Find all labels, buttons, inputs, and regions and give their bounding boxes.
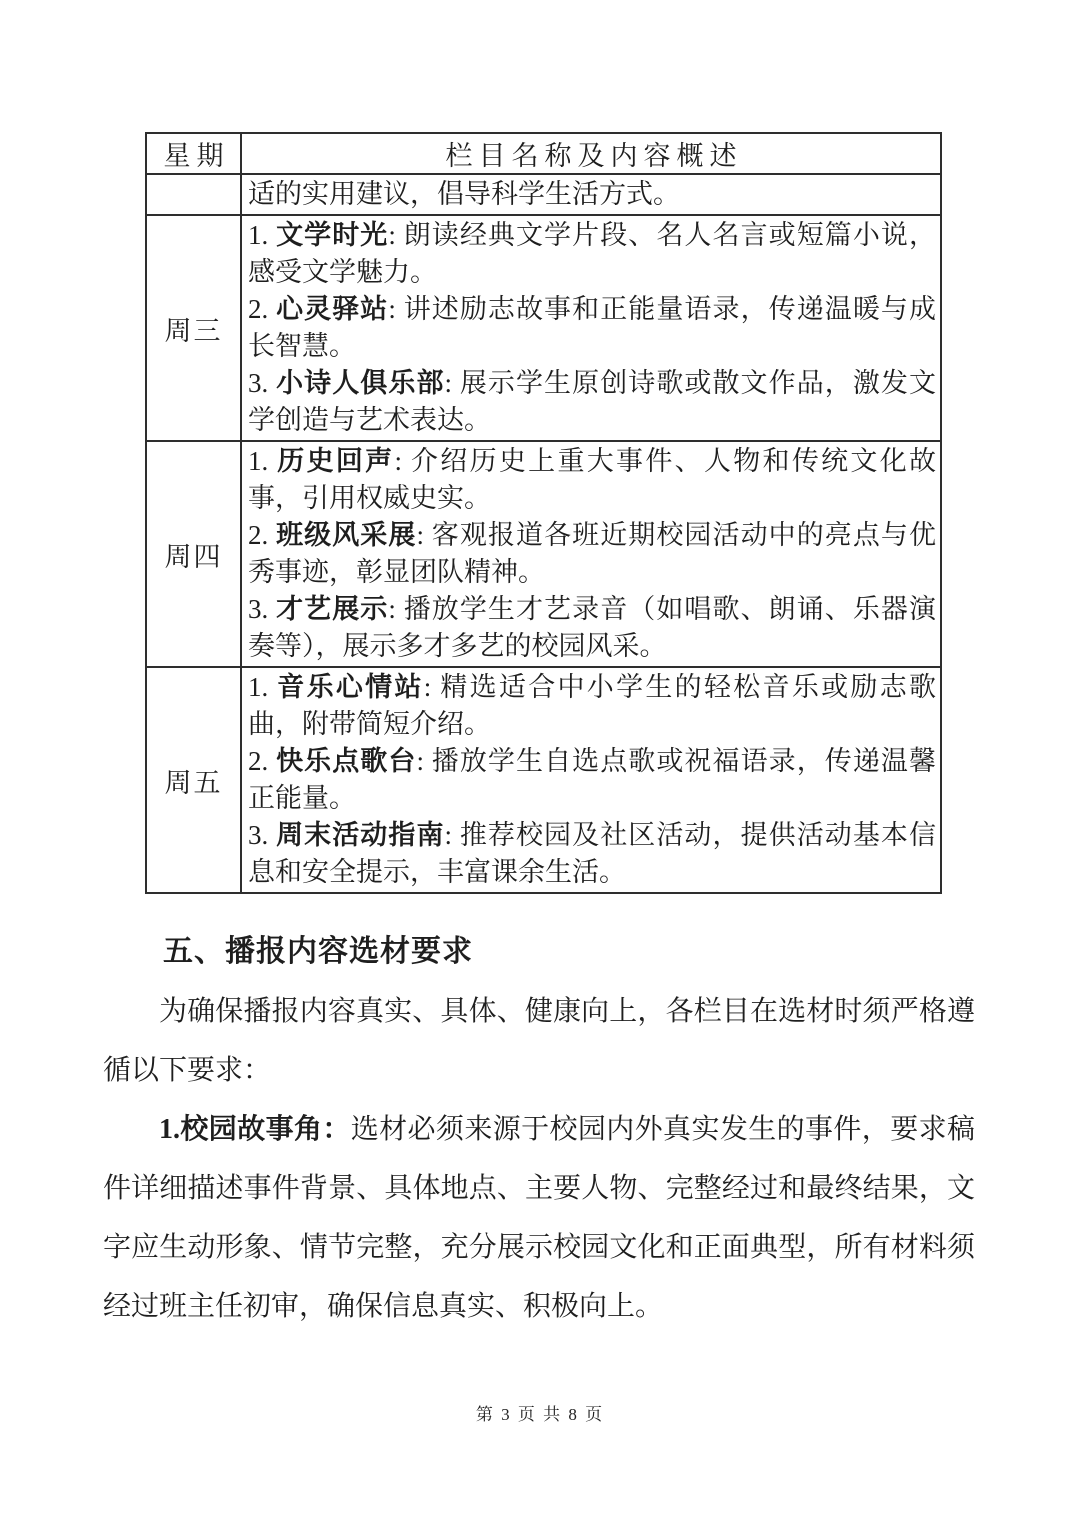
segment-text: 1.: [248, 672, 277, 702]
segment-title: 班级风采展: [276, 520, 416, 550]
schedule-item: 1. 历史回声: 介绍历史上重大事件、人物和传统文化故事，引用权威史实。: [248, 443, 936, 517]
schedule-item: 1. 音乐心情站: 精选适合中小学生的轻松音乐或励志歌曲，附带简短介绍。: [248, 669, 936, 743]
segment-title: 历史回声: [277, 446, 394, 476]
schedule-item: 2. 心灵驿站: 讲述励志故事和正能量语录，传递温暖与成长智慧。: [248, 291, 936, 365]
paragraph-intro: 为确保播报内容真实、具体、健康向上，各栏目在选材时须严格遵循以下要求：: [103, 982, 975, 1100]
segment-text: 2.: [248, 746, 276, 776]
segment-title: 心灵驿站: [276, 294, 388, 324]
segment-text: 1.: [248, 446, 277, 476]
schedule-item: 3. 小诗人俱乐部: 展示学生原创诗歌或散文作品，激发文学创造与艺术表达。: [248, 365, 936, 439]
day-cell: [146, 174, 241, 215]
paragraph-rule-1-text: 选材必须来源于校园内外真实发生的事件，要求稿件详细描述事件背景、具体地点、主要人…: [103, 1114, 975, 1322]
paragraph-rule-1-lead: 1.校园故事角：: [159, 1114, 351, 1145]
page-number: 第 3 页 共 8 页: [0, 1400, 1080, 1425]
table-row: 适的实用建议，倡导科学生活方式。: [146, 174, 941, 215]
segment-text: 1.: [248, 220, 276, 250]
schedule-item: 2. 快乐点歌台: 播放学生自选点歌或祝福语录，传递温馨正能量。: [248, 743, 936, 817]
segment-title: 小诗人俱乐部: [276, 368, 444, 398]
table-row: 周三1. 文学时光: 朗读经典文学片段、名人名言或短篇小说，感受文学魅力。2. …: [146, 215, 941, 441]
paragraph-intro-text: 为确保播报内容真实、具体、健康向上，各栏目在选材时须严格遵循以下要求：: [103, 996, 975, 1086]
segment-title: 文学时光: [276, 220, 388, 250]
table-header-day: 星期: [146, 133, 241, 174]
segment-text: 3.: [248, 820, 276, 850]
day-cell: 周五: [146, 667, 241, 893]
schedule-item: 3. 周末活动指南: 推荐校园及社区活动，提供活动基本信息和安全提示，丰富课余生…: [248, 817, 936, 891]
content-cell: 1. 音乐心情站: 精选适合中小学生的轻松音乐或励志歌曲，附带简短介绍。2. 快…: [241, 667, 941, 893]
day-cell: 周三: [146, 215, 241, 441]
segment-text: 2.: [248, 294, 276, 324]
segment-title: 才艺展示: [276, 594, 388, 624]
schedule-item: 3. 才艺展示: 播放学生才艺录音（如唱歌、朗诵、乐器演奏等），展示多才多艺的校…: [248, 591, 936, 665]
segment-text: 3.: [248, 594, 276, 624]
content-cell: 1. 文学时光: 朗读经典文学片段、名人名言或短篇小说，感受文学魅力。2. 心灵…: [241, 215, 941, 441]
segment-text: 3.: [248, 368, 276, 398]
table-header-content: 栏目名称及内容概述: [241, 133, 941, 174]
segment-text: 2.: [248, 520, 276, 550]
table-row: 周五1. 音乐心情站: 精选适合中小学生的轻松音乐或励志歌曲，附带简短介绍。2.…: [146, 667, 941, 893]
table-header-row: 星期 栏目名称及内容概述: [146, 133, 941, 174]
document-content: 星期 栏目名称及内容概述 适的实用建议，倡导科学生活方式。周三1. 文学时光: …: [103, 132, 975, 1336]
content-cell: 1. 历史回声: 介绍历史上重大事件、人物和传统文化故事，引用权威史实。2. 班…: [241, 441, 941, 667]
segment-title: 音乐心情站: [277, 672, 423, 702]
table-row: 周四1. 历史回声: 介绍历史上重大事件、人物和传统文化故事，引用权威史实。2.…: [146, 441, 941, 667]
schedule-item: 适的实用建议，倡导科学生活方式。: [248, 176, 936, 213]
schedule-item: 1. 文学时光: 朗读经典文学片段、名人名言或短篇小说，感受文学魅力。: [248, 217, 936, 291]
paragraph-rule-1: 1.校园故事角：选材必须来源于校园内外真实发生的事件，要求稿件详细描述事件背景、…: [103, 1100, 975, 1336]
document-page: 星期 栏目名称及内容概述 适的实用建议，倡导科学生活方式。周三1. 文学时光: …: [0, 0, 1080, 1528]
section-heading: 五、播报内容选材要求: [103, 934, 975, 970]
content-cell: 适的实用建议，倡导科学生活方式。: [241, 174, 941, 215]
segment-title: 快乐点歌台: [276, 746, 416, 776]
segment-title: 周末活动指南: [276, 820, 444, 850]
broadcast-schedule-table: 星期 栏目名称及内容概述 适的实用建议，倡导科学生活方式。周三1. 文学时光: …: [145, 132, 942, 894]
segment-text: 适的实用建议，倡导科学生活方式。: [248, 179, 680, 209]
schedule-item: 2. 班级风采展: 客观报道各班近期校园活动中的亮点与优秀事迹，彰显团队精神。: [248, 517, 936, 591]
day-cell: 周四: [146, 441, 241, 667]
